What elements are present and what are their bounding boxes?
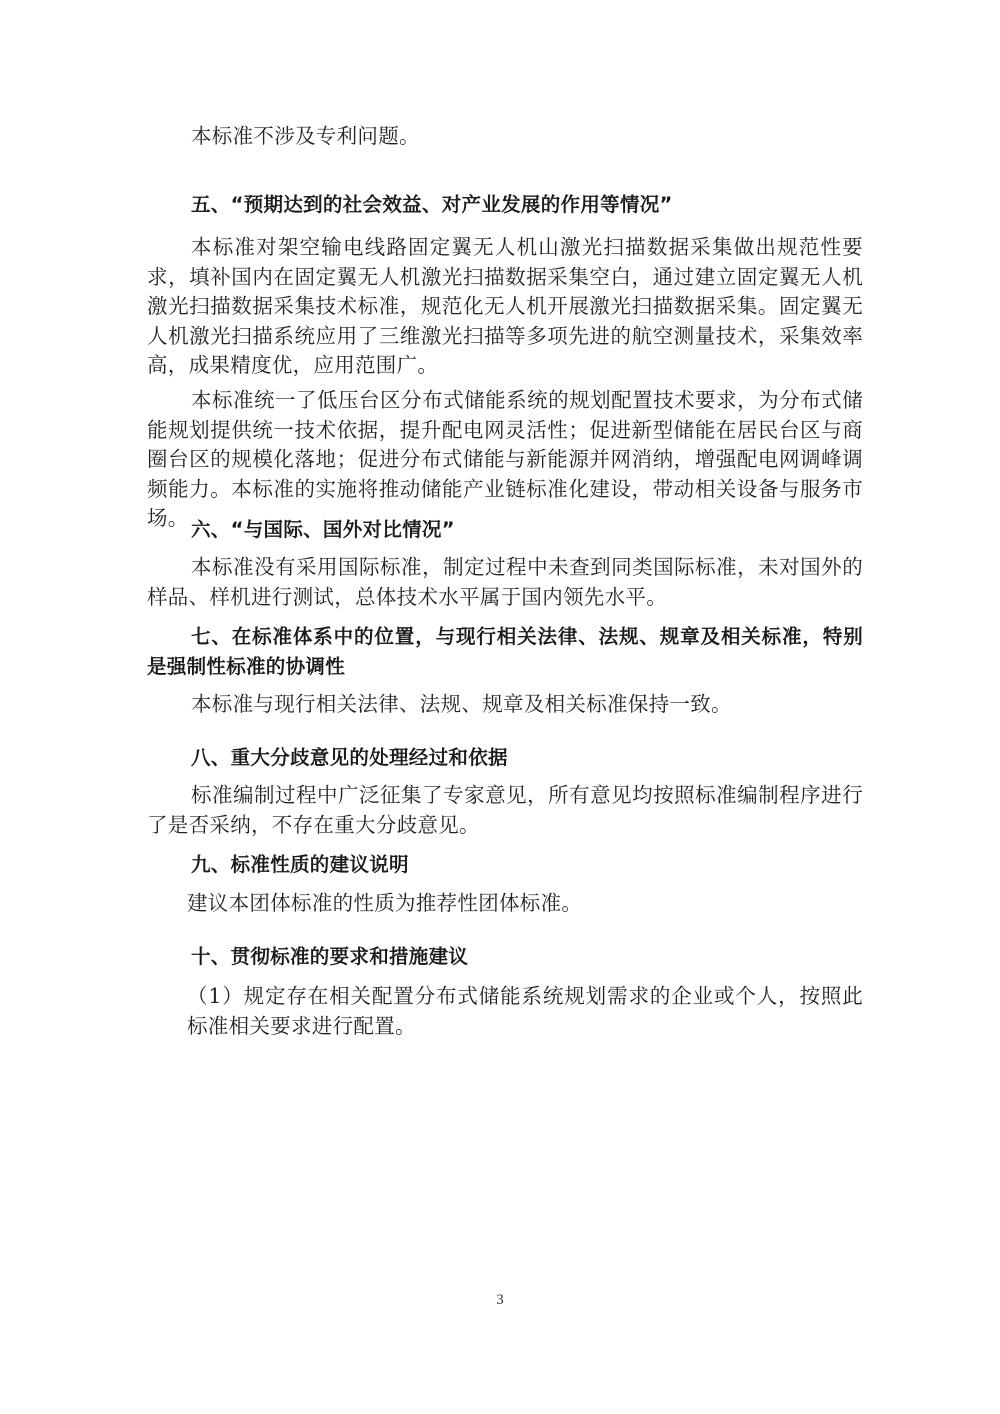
document-page: 本标准不涉及专利问题。 五、“预期达到的社会效益、对产业发展的作用等情况” 本标… (0, 0, 1000, 1414)
section-8-paragraph: 标准编制过程中广泛征集了专家意见，所有意见均按照标准编制程序进行了是否采纳，不存… (147, 781, 863, 840)
section-9-paragraph: 建议本团体标准的性质为推荐性团体标准。 (187, 889, 903, 919)
patent-statement-paragraph: 本标准不涉及专利问题。 (147, 122, 863, 152)
section-10-heading: 十、贯彻标准的要求和措施建议 (147, 942, 863, 972)
section-5-paragraph-2: 本标准统一了低压台区分布式储能系统的规划配置技术要求，为分布式储能规划提供统一技… (147, 386, 863, 534)
section-6-paragraph: 本标准没有采用国际标准，制定过程中未查到同类国际标准，未对国外的样品、样机进行测… (147, 553, 863, 612)
section-5-heading: 五、“预期达到的社会效益、对产业发展的作用等情况” (147, 190, 863, 220)
section-6-heading: 六、“与国际、国外对比情况” (147, 515, 863, 545)
page-number: 3 (0, 1292, 1000, 1309)
section-8-heading: 八、重大分歧意见的处理经过和依据 (147, 743, 863, 773)
section-9-heading: 九、标准性质的建议说明 (147, 850, 863, 880)
section-5-paragraph-1: 本标准对架空输电线路固定翼无人机山激光扫描数据采集做出规范性要求，填补国内在固定… (147, 233, 863, 381)
section-7-paragraph: 本标准与现行相关法律、法规、规章及相关标准保持一致。 (147, 690, 863, 720)
section-7-heading: 七、在标准体系中的位置，与现行相关法律、法规、规章及相关标准，特别是强制性标准的… (147, 622, 863, 681)
section-10-item-1: （1）规定存在相关配置分布式储能系统规划需求的企业或个人，按照此标准相关要求进行… (187, 982, 863, 1041)
